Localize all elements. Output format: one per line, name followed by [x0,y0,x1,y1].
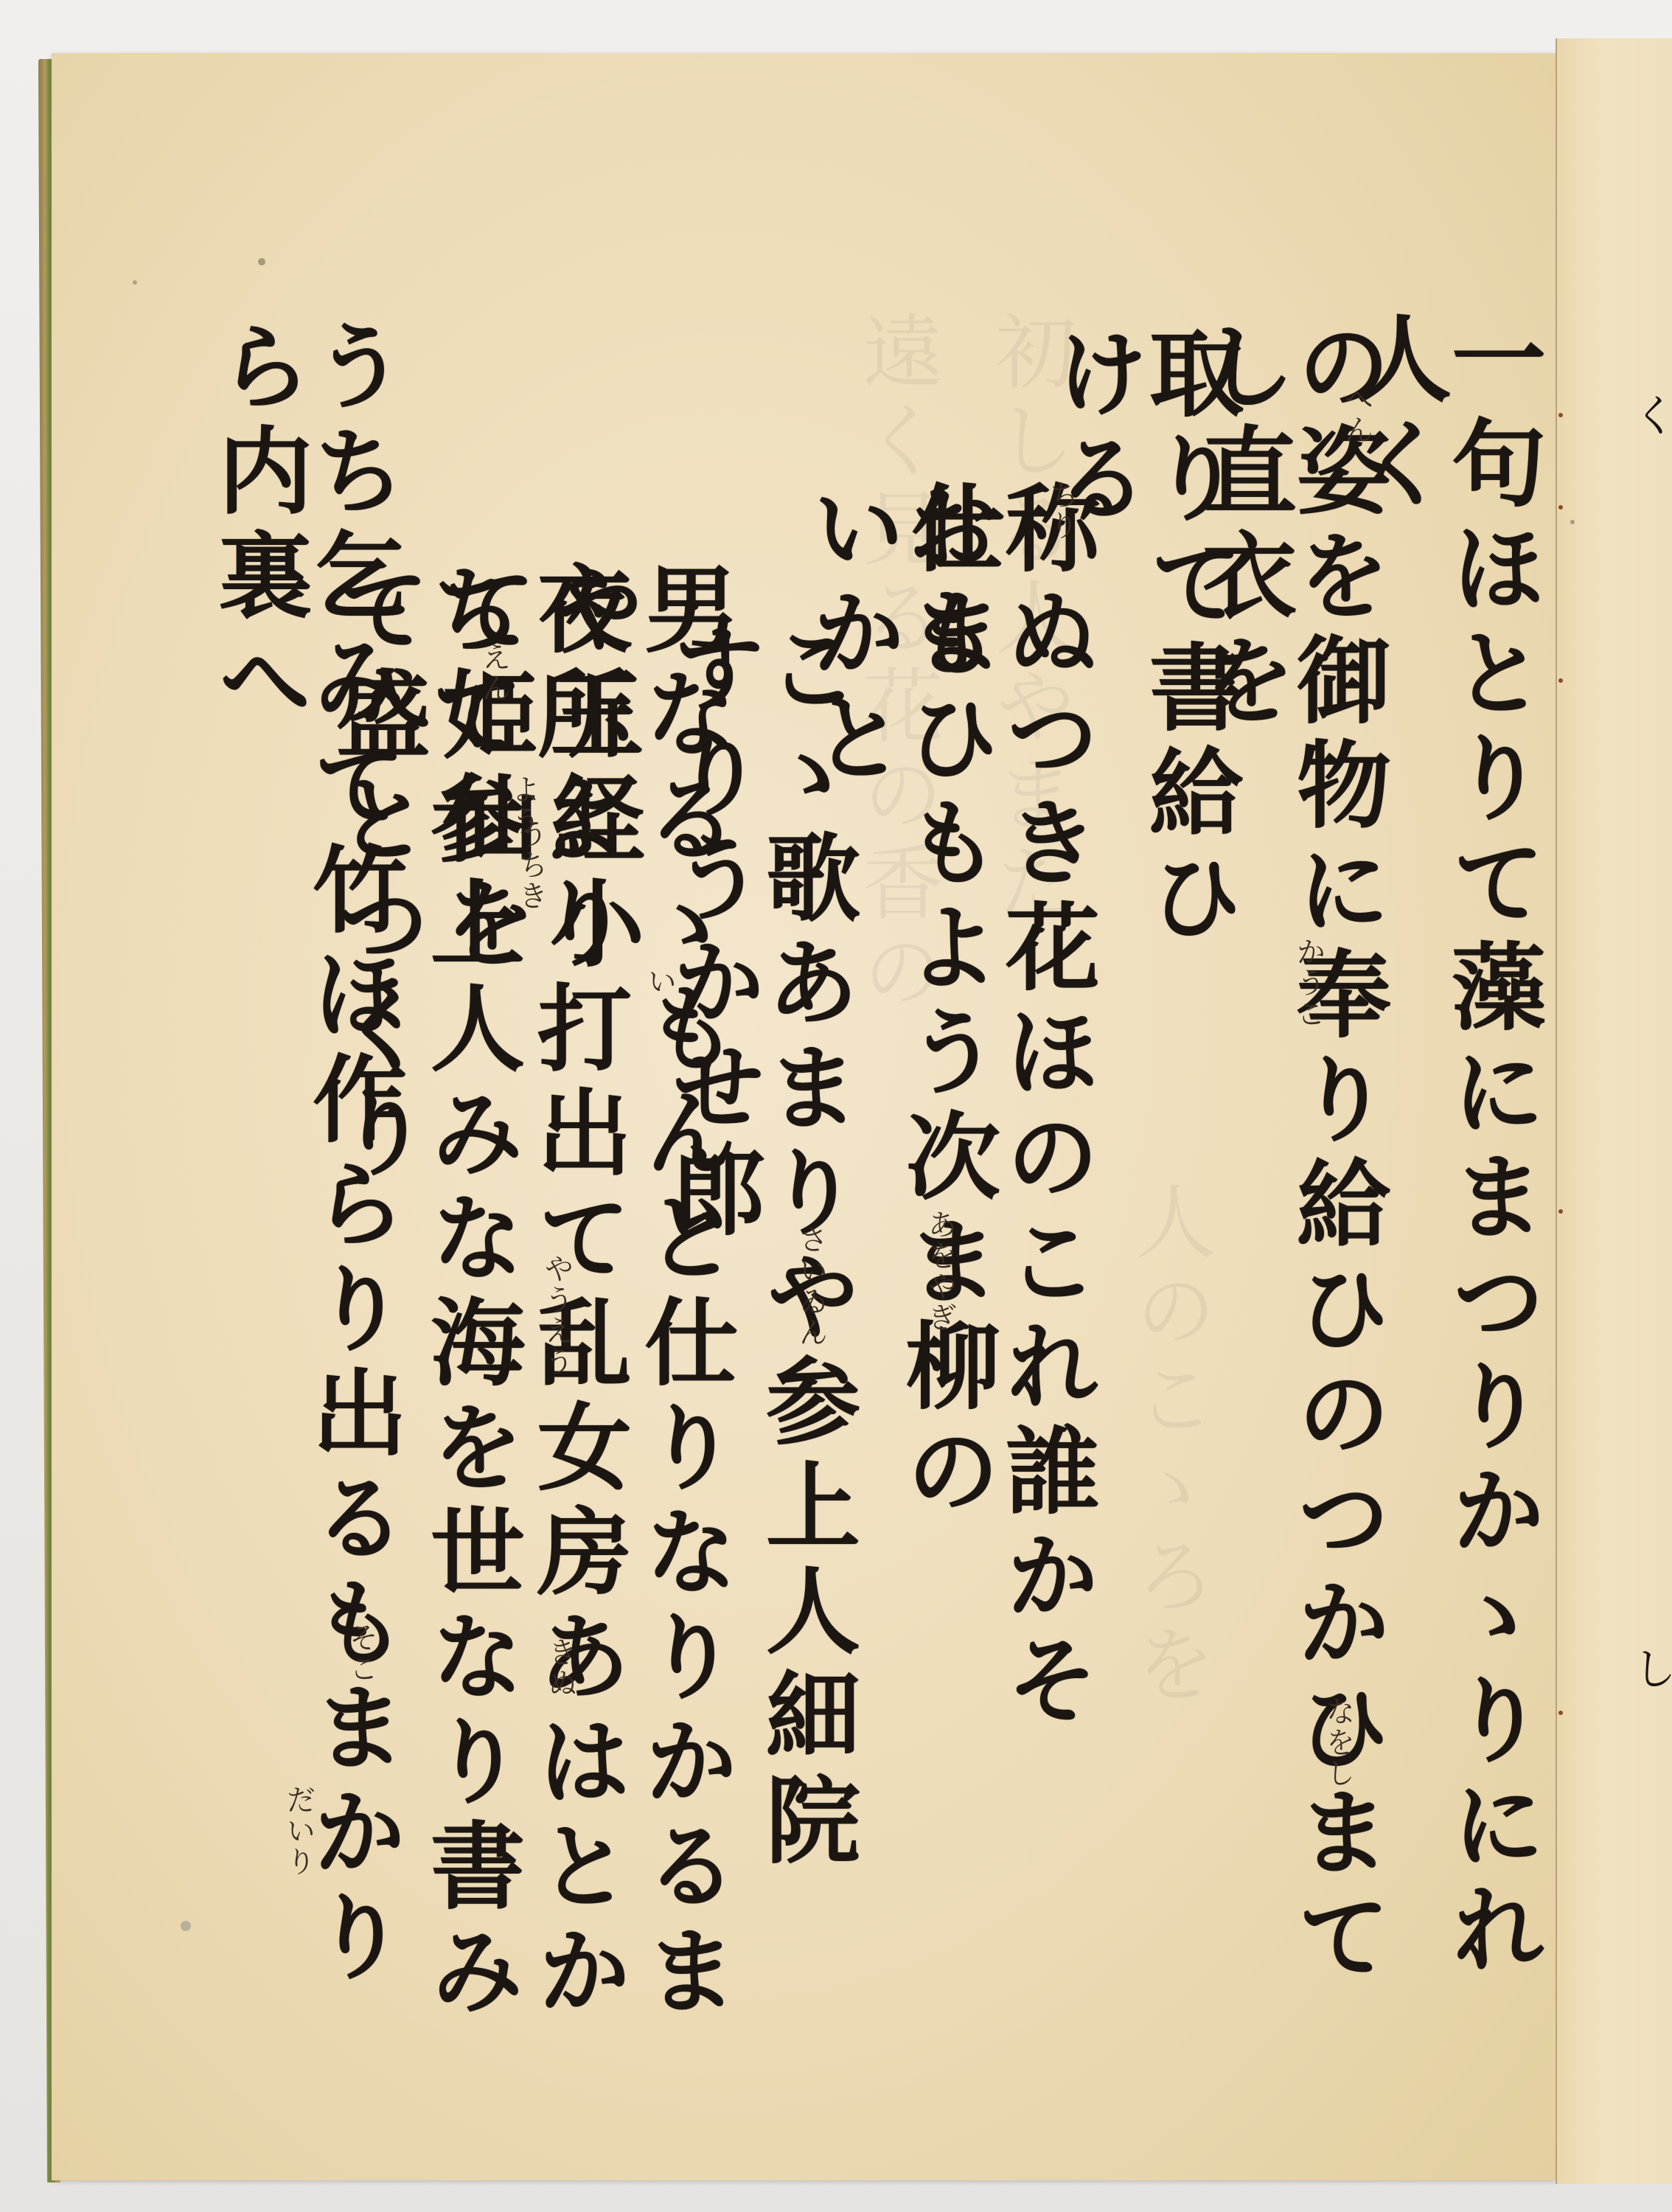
paper-speck [181,1921,191,1931]
furigana: やうえう [542,1253,571,1377]
furigana: なをし [1323,1696,1353,1789]
furigana: へん [1342,383,1371,445]
binding-hole [1558,678,1563,683]
right-page-text-fragment: し [1653,1646,1672,1690]
furigana: だいり [284,1784,313,1877]
binding-hole [1558,505,1563,509]
binding-hole [1558,1711,1563,1715]
furigana: そこ [346,1622,376,1684]
furigana: ちり [1047,479,1076,541]
furigana: えん [479,641,509,703]
manuscript-page-right: く し [1556,38,1672,2184]
paper-speck [1570,520,1575,524]
binding-hole [1558,1209,1563,1214]
furigana: うちき [516,818,546,911]
right-page-text-fragment: く [1653,392,1672,437]
paper-speck [133,280,137,285]
furigana: さいゐん [796,1224,826,1348]
furigana: かうこ [1294,936,1323,1029]
furigana: あをやぎ [925,1209,955,1333]
furigana: きぬ [546,1637,575,1699]
furigana: い [645,966,675,997]
binding-hole [1558,413,1563,417]
paper-speck [258,258,265,265]
